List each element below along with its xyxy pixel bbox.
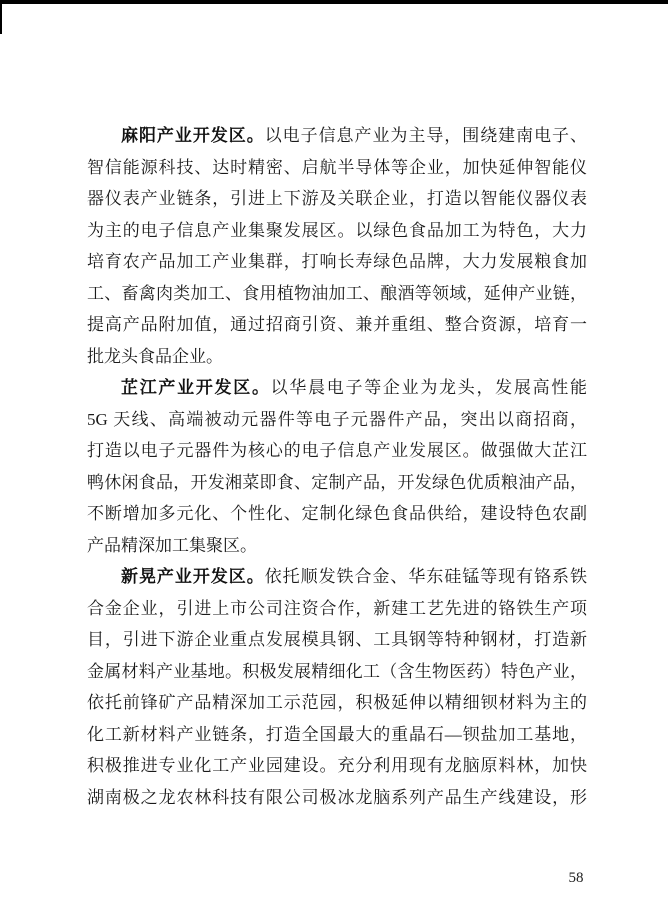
text-line: 5G 天线、高端被动元器件等电子元器件产品，突出以商招商， xyxy=(87,404,587,436)
paragraph-heading: 麻阳产业开发区。 xyxy=(121,126,265,145)
text-line: 芷江产业开发区。以华晨电子等企业为龙头，发展高性能 xyxy=(87,372,587,404)
page-number: 58 xyxy=(556,868,596,888)
text-line: 为主的电子信息产业集聚发展区。以绿色食品加工为特色，大力 xyxy=(87,215,587,247)
text-run: 依托顺发铁合金、华东硅锰等现有铬系铁 xyxy=(265,567,587,586)
paragraph-zhijiang: 芷江产业开发区。以华晨电子等企业为龙头，发展高性能 5G 天线、高端被动元器件等… xyxy=(87,372,587,561)
text-line: 合金企业，引进上市公司注资合作，新建工艺先进的铬铁生产项 xyxy=(87,593,587,625)
text-line: 化工新材料产业链条，打造全国最大的重晶石—钡盐加工基地， xyxy=(87,719,587,751)
text-line: 鸭休闲食品，开发湘菜即食、定制产品，开发绿色优质粮油产品， xyxy=(87,467,587,499)
text-run: 以电子信息产业为主导，围绕建南电子、 xyxy=(265,126,587,145)
text-line: 培育农产品加工产业集群，打响长寿绿色品牌，大力发展粮食加 xyxy=(87,246,587,278)
text-line: 麻阳产业开发区。以电子信息产业为主导，围绕建南电子、 xyxy=(87,120,587,152)
text-line: 智信能源科技、达时精密、启航半导体等企业，加快延伸智能仪 xyxy=(87,152,587,184)
scan-artifact-top-bar xyxy=(0,0,668,4)
text-line: 提高产品附加值，通过招商引资、兼并重组、整合资源，培育一 xyxy=(87,309,587,341)
text-line: 新晃产业开发区。依托顺发铁合金、华东硅锰等现有铬系铁 xyxy=(87,561,587,593)
text-line: 湖南极之龙农林科技有限公司极冰龙脑系列产品生产线建设，形 xyxy=(87,782,587,814)
text-line: 积极推进专业化工产业园建设。充分利用现有龙脑原料林，加快 xyxy=(87,750,587,782)
text-line: 依托前锋矿产品精深加工示范园，积极延伸以精细钡材料为主的 xyxy=(87,687,587,719)
text-line: 批龙头食品企业。 xyxy=(87,341,587,373)
text-block: 麻阳产业开发区。以电子信息产业为主导，围绕建南电子、 智信能源科技、达时精密、启… xyxy=(87,120,587,813)
text-line: 不断增加多元化、个性化、定制化绿色食品供给，建设特色农副 xyxy=(87,498,587,530)
text-line: 金属材料产业基地。积极发展精细化工（含生物医药）特色产业， xyxy=(87,656,587,688)
paragraph-xinhuang: 新晃产业开发区。依托顺发铁合金、华东硅锰等现有铬系铁 合金企业，引进上市公司注资… xyxy=(87,561,587,813)
text-line: 打造以电子元器件为核心的电子信息产业发展区。做强做大芷江 xyxy=(87,435,587,467)
text-line: 器仪表产业链条，引进上下游及关联企业，打造以智能仪器仪表 xyxy=(87,183,587,215)
scan-artifact-left-tick xyxy=(0,0,2,34)
text-line: 目，引进下游企业重点发展模具钢、工具钢等特种钢材，打造新 xyxy=(87,624,587,656)
paragraph-mayang: 麻阳产业开发区。以电子信息产业为主导，围绕建南电子、 智信能源科技、达时精密、启… xyxy=(87,120,587,372)
paragraph-heading: 芷江产业开发区。 xyxy=(121,378,271,397)
text-run: 以华晨电子等企业为龙头，发展高性能 xyxy=(271,378,587,397)
text-line: 产品精深加工集聚区。 xyxy=(87,530,587,562)
document-page: 麻阳产业开发区。以电子信息产业为主导，围绕建南电子、 智信能源科技、达时精密、启… xyxy=(0,0,668,906)
paragraph-heading: 新晃产业开发区。 xyxy=(121,567,265,586)
text-line: 工、畜禽肉类加工、食用植物油加工、酿酒等领域，延伸产业链， xyxy=(87,278,587,310)
